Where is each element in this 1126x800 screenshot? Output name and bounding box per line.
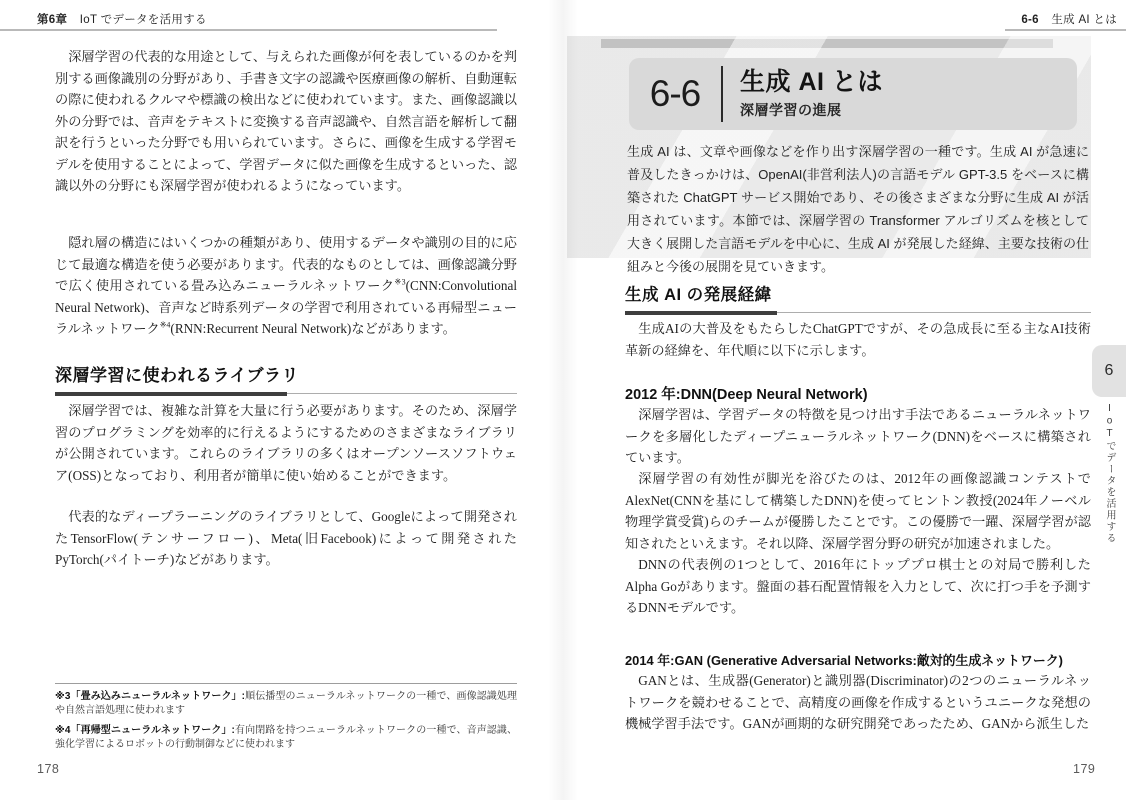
body-paragraph: 代表的なディープラーニングのライブラリとして、Googleによって開発されたTe…: [55, 506, 517, 571]
footnote-term: ※4「再帰型ニューラルネットワーク」:: [55, 725, 235, 736]
header-rule: [0, 29, 497, 31]
header-rule: [1005, 29, 1126, 31]
section-header: 6-6 生成 AI とは: [1021, 11, 1117, 27]
page-gutter: [548, 0, 578, 800]
chapter-header: 第6章 IoT でデータを活用する: [37, 11, 207, 27]
footnote-block: ※3「畳み込みニューラルネットワーク」:順伝播型のニューラルネットワークの一種で…: [55, 683, 517, 758]
section-heading: 生成 AI の発展経緯: [625, 281, 1091, 305]
paragraph-segment: (RNN:Recurrent Neural Network)などがあります。: [170, 321, 455, 336]
divider: [721, 66, 723, 122]
chapter-tab: 6: [1092, 345, 1126, 397]
section-heading-block: 生成 AI の発展経緯: [625, 281, 1091, 315]
body-paragraph: GANとは、生成器(Generator)と識別器(Discriminator)の…: [625, 670, 1091, 735]
body-paragraph: 深層学習では、複雑な計算を大量に行う必要があります。そのため、深層学習のプログラ…: [55, 400, 517, 486]
footnote-term: ※3「畳み込みニューラルネットワーク」:: [55, 691, 245, 702]
chapter-tab-number: 6: [1105, 362, 1114, 380]
subsection-heading: 2012 年:DNN(Deep Neural Network): [625, 383, 868, 404]
footnote-ref-4: ※4: [160, 321, 171, 330]
chapter-title: IoT でデータを活用する: [80, 14, 207, 26]
footnote-ref-3: ※3: [395, 278, 406, 287]
page-right: 6-6 生成 AI とは 6-6 生成 AI とは 深層学習の進展 生成 AI …: [563, 0, 1126, 800]
book-spread: 第6章 IoT でデータを活用する 深層学習の代表的な用途として、与えられた画像…: [0, 0, 1126, 800]
footnote: ※4「再帰型ニューラルネットワーク」:有向閉路を持つニューラルネットワークの一種…: [55, 724, 517, 751]
section-heading-rule: [625, 311, 1091, 315]
chapter-tab-label-jp: でデータを活用する: [1104, 441, 1115, 545]
chapter-number: 第6章: [37, 14, 67, 26]
body-paragraph: 深層学習の有効性が脚光を浴びたのは、2012年の画像認識コンテストでAlexNe…: [625, 468, 1091, 554]
body-paragraph: 深層学習は、学習データの特徴を見つけ出す手法であるニューラルネットワークを多層化…: [625, 404, 1091, 469]
chapter-tab-label-latin: IoT: [1104, 403, 1115, 441]
body-paragraph: 生成AIの大普及をもたらしたChatGPTですが、その急成長に至る主なAI技術革…: [625, 318, 1091, 361]
section-subtitle: 深層学習の進展: [740, 100, 883, 120]
section-intro: 生成 AI は、文章や画像などを作り出す深層学習の一種です。生成 AI が急速に…: [627, 140, 1089, 278]
section-title: 生成 AI とは: [740, 68, 883, 96]
section-number-box: 6-6 生成 AI とは 深層学習の進展: [629, 58, 1077, 130]
body-paragraph: 隠れ層の構造にはいくつかの種類があり、使用するデータや識別の目的に応じて最適な構…: [55, 232, 517, 340]
page-number-left: 178: [37, 762, 59, 776]
section-banner: 6-6 生成 AI とは 深層学習の進展 生成 AI は、文章や画像などを作り出…: [567, 36, 1091, 258]
section-number-label: 6-6: [1021, 14, 1039, 26]
section-titles: 生成 AI とは 深層学習の進展: [740, 68, 883, 120]
section-number: 6-6: [629, 73, 721, 115]
footnote: ※3「畳み込みニューラルネットワーク」:順伝播型のニューラルネットワークの一種で…: [55, 690, 517, 717]
body-paragraph: 深層学習の代表的な用途として、与えられた画像が何を表しているのかを判別する画像識…: [55, 46, 517, 197]
chapter-tab-label: IoTでデータを活用する: [1101, 403, 1117, 544]
section-title-label: 生成 AI とは: [1051, 14, 1117, 26]
body-paragraph: DNNの代表例の1つとして、2016年にトッププロ棋士との対局で勝利したAlph…: [625, 554, 1091, 619]
section-heading-rule: [55, 392, 517, 396]
subsection-heading: 2014 年:GAN (Generative Adversarial Netwo…: [625, 650, 1063, 669]
page-left: 第6章 IoT でデータを活用する 深層学習の代表的な用途として、与えられた画像…: [0, 0, 563, 800]
section-heading-block: 深層学習に使われるライブラリ: [55, 361, 517, 396]
page-number-right: 179: [1073, 762, 1095, 776]
section-heading: 深層学習に使われるライブラリ: [55, 361, 517, 386]
